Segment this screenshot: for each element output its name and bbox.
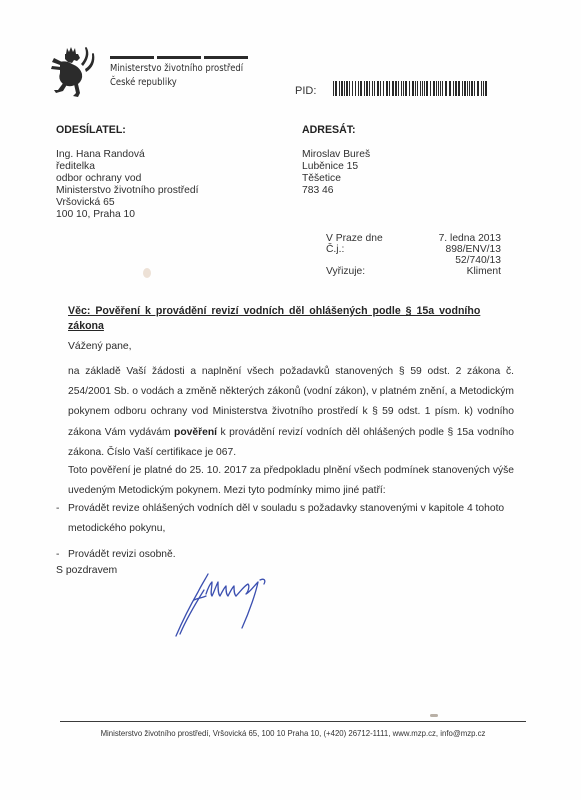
sender-line: Ing. Hana Randová bbox=[56, 149, 199, 161]
closing-phrase: S pozdravem bbox=[56, 565, 117, 576]
list-item: - Provádět revizi osobně. bbox=[56, 545, 516, 565]
sender-heading: ODESÍLATEL: bbox=[56, 124, 126, 136]
sender-line: 100 10, Praha 10 bbox=[56, 209, 199, 221]
pid-label: PID: bbox=[295, 85, 316, 97]
conditions-list: - Provádět revize ohlášených vodních děl… bbox=[56, 499, 516, 572]
sender-line: ředitelka bbox=[56, 161, 199, 173]
reference-number: 898/ENV/13 bbox=[445, 244, 501, 255]
ministry-name-line2: České republiky bbox=[110, 76, 243, 90]
handwritten-signature-icon bbox=[168, 570, 308, 638]
letter-meta: V Praze dne 7. ledna 2013 Č.j.: 898/ENV/… bbox=[326, 233, 501, 277]
bullet-marker: - bbox=[56, 499, 68, 539]
body-paragraph-2: Toto pověření je platné do 25. 10. 2017 … bbox=[68, 461, 514, 501]
recipient-line: Miroslav Bureš bbox=[302, 149, 370, 161]
recipient-line: 783 46 bbox=[302, 185, 370, 197]
recipient-address: Miroslav Bureš Luběnice 15 Těšetice 783 … bbox=[302, 149, 370, 197]
para1-bold-term: pověření bbox=[174, 427, 217, 438]
list-item-text: Provádět revize ohlášených vodních děl v… bbox=[68, 499, 516, 539]
body-paragraph-1: na základě Vaší žádosti a naplnění všech… bbox=[68, 362, 514, 463]
footer-rule bbox=[60, 721, 526, 722]
list-item: - Provádět revize ohlášených vodních děl… bbox=[56, 499, 516, 539]
handled-by-label: Vyřizuje: bbox=[326, 266, 365, 277]
sender-line: odbor ochrany vod bbox=[56, 173, 199, 185]
reference-number-secondary: 52/740/13 bbox=[455, 255, 501, 266]
czech-lion-emblem-icon bbox=[50, 44, 96, 100]
ministry-name-line1: Ministerstvo životního prostředí bbox=[110, 62, 243, 76]
letter-subject: Věc: Pověření k provádění revizí vodních… bbox=[68, 304, 514, 334]
ministry-name: Ministerstvo životního prostředí České r… bbox=[110, 62, 243, 89]
recipient-heading: ADRESÁT: bbox=[302, 124, 356, 136]
footer-contact: Ministerstvo životního prostředí, Vršovi… bbox=[60, 729, 526, 738]
sender-line: Ministerstvo životního prostředí bbox=[56, 185, 199, 197]
scan-smudge-icon bbox=[140, 266, 154, 280]
barcode-icon bbox=[333, 81, 488, 96]
recipient-line: Těšetice bbox=[302, 173, 370, 185]
scan-mark bbox=[430, 714, 438, 717]
bullet-marker: - bbox=[56, 545, 68, 565]
reference-label: Č.j.: bbox=[326, 244, 344, 255]
letter-date: 7. ledna 2013 bbox=[439, 233, 501, 244]
handled-by: Kliment bbox=[467, 266, 501, 277]
sender-address: Ing. Hana Randová ředitelka odbor ochran… bbox=[56, 149, 199, 220]
place-label: V Praze dne bbox=[326, 233, 383, 244]
salutation: Vážený pane, bbox=[68, 341, 132, 352]
recipient-line: Luběnice 15 bbox=[302, 161, 370, 173]
sender-line: Vršovická 65 bbox=[56, 197, 199, 209]
list-item-text: Provádět revizi osobně. bbox=[68, 545, 516, 565]
